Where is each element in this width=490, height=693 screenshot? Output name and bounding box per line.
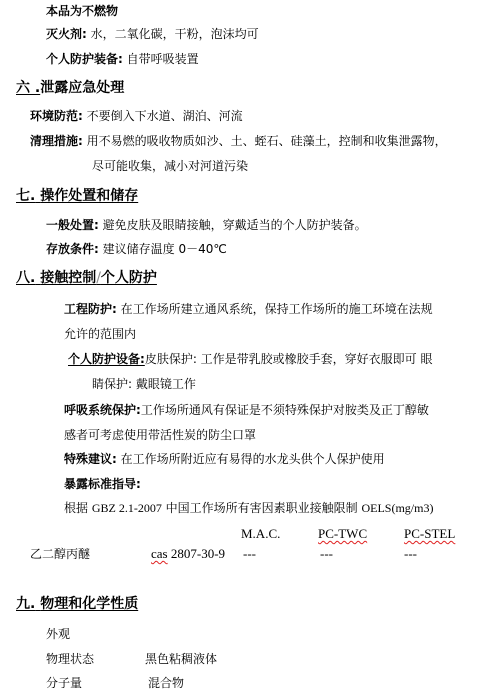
env-precaution-value: 不要倒入下水道、湖泊、河流 [83,109,243,123]
section-9-heading: 九. 物理和化学性质 [16,595,138,613]
extinguisher-label: 灭火剂: [46,27,87,41]
handling-value: 避免皮肤及眼睛接触，穿戴适当的个人防护装备。 [99,218,367,232]
basis-mid: 中国工作场所有害因素职业接触限制 [162,501,362,515]
cas-prefix: cas [151,546,168,561]
engineering-value: 在工作场所建立通风系统，保持工作场所的施工环境在法规 [117,302,433,316]
section-8-title-a: 接触控制 [40,270,96,286]
engineering-value-cont: 允许的范围内 [64,326,136,342]
section-6-title: 泄露应急处理 [40,80,124,96]
env-precaution-label: 环境防范: [30,109,83,123]
molecular-weight-value: 混合物 [148,675,184,691]
section-6-number: 六 . [16,80,40,96]
special-advice-value: 在工作场所附近应有易得的水龙头供个人保护使用 [117,452,385,466]
respiratory-label: 呼吸系统保护: [64,403,141,417]
exposure-standard-label: 暴露标准指导: [64,476,141,492]
handling-row: 一般处置: 避免皮肤及眼睛接触，穿戴适当的个人防护装备。 [46,217,367,233]
env-precaution-row: 环境防范: 不要倒入下水道、湖泊、河流 [30,108,243,124]
section-8-number: 八. [16,270,35,286]
table-cell-substance-name: 乙二醇丙醚 [30,546,90,562]
fire-ppe-label: 个人防护装备: [46,52,123,66]
table-header-mac: M.A.C. [241,526,280,542]
appearance-label: 外观 [46,626,70,642]
cleanup-value-cont: 尽可能收集，减小对河道污染 [92,158,248,174]
table-cell-mac: --- [243,546,256,562]
section-9-number: 九. [16,596,35,612]
respiratory-row: 呼吸系统保护:工作场所通风有保证是不须特殊保护对胺类及正丁醇敏 [64,402,429,418]
storage-value: 建议储存温度 0－40℃ [99,242,227,256]
table-cell-pc-stel: --- [404,546,417,562]
table-cell-cas: cas 2807-30-9 [151,546,225,562]
fire-ppe-value: 自带呼吸装置 [123,52,199,66]
basis-unit: OELS(mg/m3) [361,501,433,515]
ppe-row: 个人防护设备:皮肤保护: 工作是带乳胶或橡胶手套，穿好衣服即可 眼 [68,351,433,367]
engineering-row: 工程防护: 在工作场所建立通风系统，保持工作场所的施工环境在法规 [64,301,433,317]
engineering-label: 工程防护: [64,302,117,316]
cleanup-label: 清理措施: [30,134,83,148]
extinguisher-row: 灭火剂: 水，二氧化碳，干粉，泡沫均可 [46,26,259,42]
section-7-number: 七. [16,188,35,204]
table-cell-pc-twc: --- [320,546,333,562]
section-8-title-b: 个人防护 [101,270,157,286]
special-advice-label: 特殊建议: [64,452,117,466]
table-header-pc-twc: PC-TWC [318,526,367,542]
table-header-pc-stel: PC-STEL [404,526,455,542]
exposure-basis: 根据 GBZ 2.1-2007 中国工作场所有害因素职业接触限制 OELS(mg… [64,500,433,516]
respiratory-value-cont: 感者可考虑使用带活性炭的防尘口罩 [64,427,256,443]
cleanup-value: 用不易燃的吸收物质如沙、土、蛭石、硅藻土，控制和收集泄露物， [83,134,447,148]
respiratory-value: 工作场所通风有保证是不须特殊保护对胺类及正丁醇敏 [141,403,429,417]
section-6-heading: 六 .泄露应急处理 [16,79,124,97]
cleanup-row: 清理措施: 用不易燃的吸收物质如沙、土、蛭石、硅藻土，控制和收集泄露物， [30,133,447,149]
basis-prefix: 根据 [64,501,92,515]
physical-state-label: 物理状态 [46,651,94,667]
section-8-heading: 八. 接触控制/个人防护 [16,269,157,287]
section-9-title: 物理和化学性质 [40,596,138,612]
section-7-title: 操作处置和储存 [40,188,138,204]
ppe-label: 个人防护设备: [68,352,145,366]
section-7-heading: 七. 操作处置和储存 [16,187,138,205]
ppe-value-cont: 睛保护: 戴眼镜工作 [92,376,196,392]
molecular-weight-label: 分子量 [46,675,82,691]
handling-label: 一般处置: [46,218,99,232]
physical-state-value: 黑色粘稠液体 [145,651,217,667]
fire-ppe-row: 个人防护装备: 自带呼吸装置 [46,51,199,67]
ppe-value: 皮肤保护: 工作是带乳胶或橡胶手套，穿好衣服即可 眼 [145,352,433,366]
special-advice-row: 特殊建议: 在工作场所附近应有易得的水龙头供个人保护使用 [64,451,385,467]
extinguisher-value: 水，二氧化碳，干粉，泡沫均可 [87,27,259,41]
nonflammable-note: 本品为不燃物 [46,3,118,19]
storage-label: 存放条件: [46,242,99,256]
storage-row: 存放条件: 建议储存温度 0－40℃ [46,241,227,257]
cas-number: 2807-30-9 [168,546,225,561]
basis-standard: GBZ 2.1-2007 [92,501,162,515]
